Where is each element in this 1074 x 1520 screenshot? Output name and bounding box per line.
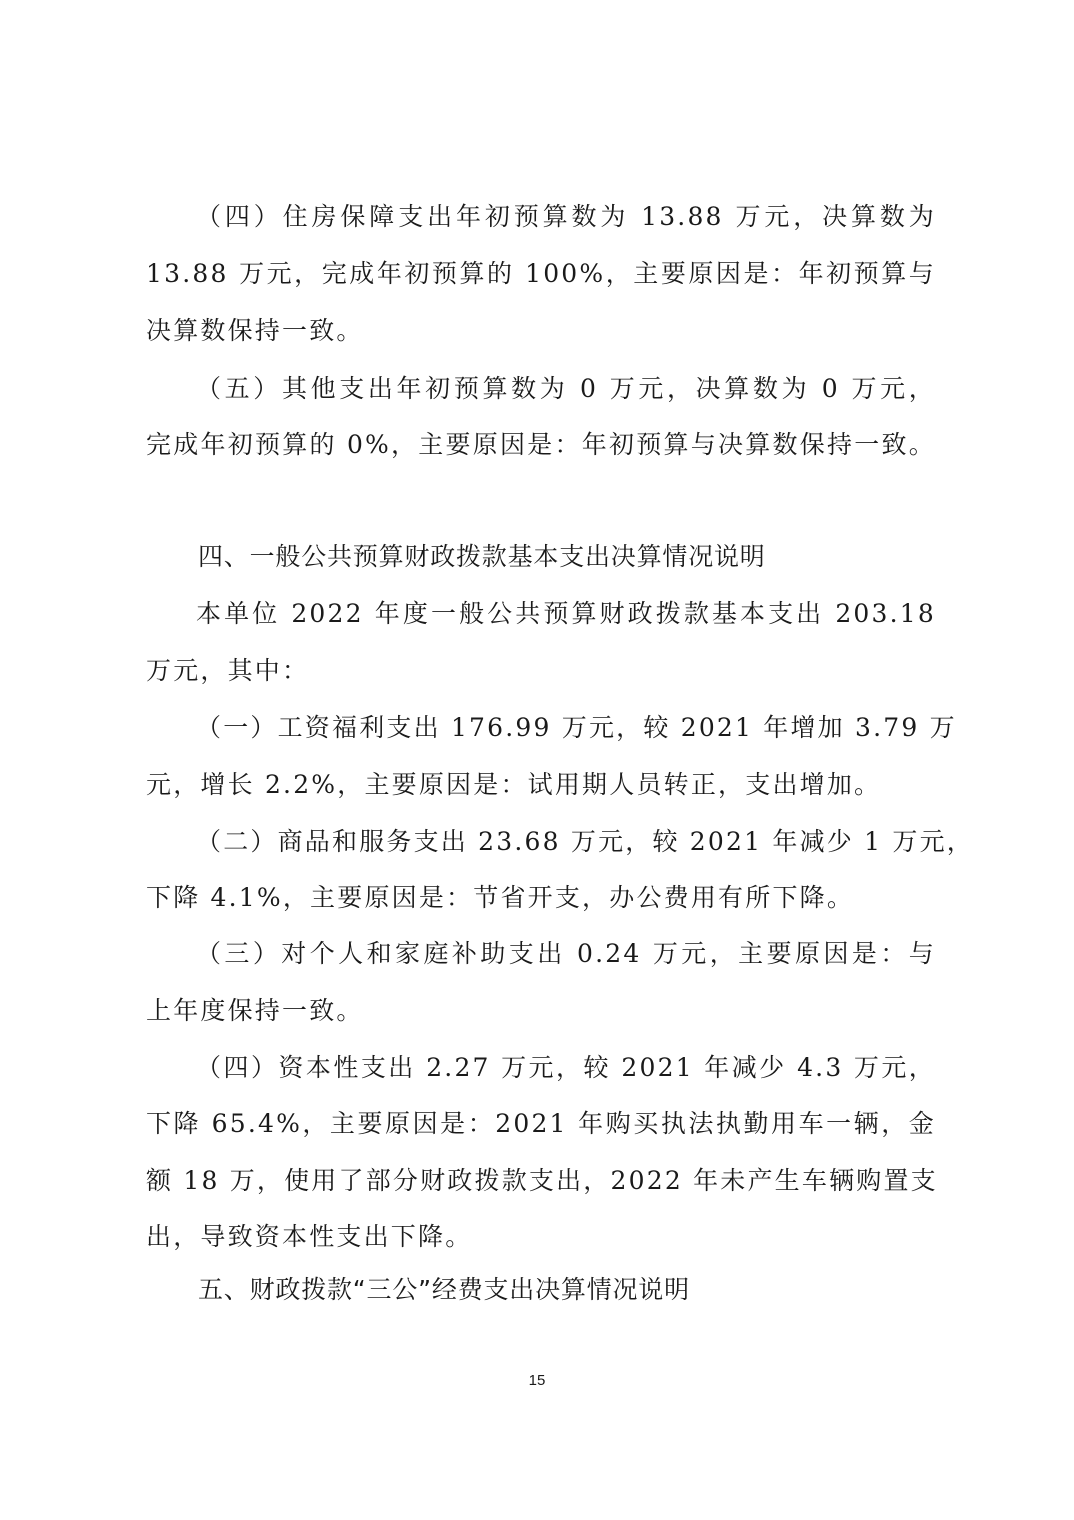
paragraph-line: 13.88 万元，完成年初预算的 100%，主要原因是：年初预算与 xyxy=(146,257,936,291)
paragraph-line: 完成年初预算的 0%，主要原因是：年初预算与决算数保持一致。 xyxy=(146,428,936,462)
paragraph-line: 本单位 2022 年度一般公共预算财政拨款基本支出 203.18 xyxy=(196,597,936,631)
paragraph-line: 下降 4.1%，主要原因是：节省开支，办公费用有所下降。 xyxy=(146,881,936,915)
section-heading: 五、财政拨款“三公”经费支出决算情况说明 xyxy=(198,1273,690,1307)
paragraph-line: （四）住房保障支出年初预算数为 13.88 万元，决算数为 xyxy=(196,200,936,234)
page-number: 15 xyxy=(0,1372,1074,1389)
paragraph-line: 决算数保持一致。 xyxy=(146,314,936,348)
section-heading: 四、一般公共预算财政拨款基本支出决算情况说明 xyxy=(198,540,766,574)
paragraph-line: （二）商品和服务支出 23.68 万元，较 2021 年减少 1 万元， xyxy=(196,825,936,859)
paragraph-line: （三）对个人和家庭补助支出 0.24 万元，主要原因是：与 xyxy=(196,937,936,971)
paragraph-line: 上年度保持一致。 xyxy=(146,994,936,1028)
paragraph-line: 额 18 万，使用了部分财政拨款支出，2022 年未产生车辆购置支 xyxy=(146,1164,936,1198)
paragraph-line: （五）其他支出年初预算数为 0 万元，决算数为 0 万元， xyxy=(196,372,936,406)
paragraph-line: 下降 65.4%，主要原因是：2021 年购买执法执勤用车一辆，金 xyxy=(146,1107,936,1141)
paragraph-line: （四）资本性支出 2.27 万元，较 2021 年减少 4.3 万元， xyxy=(196,1051,936,1085)
paragraph-line: 元，增长 2.2%，主要原因是：试用期人员转正，支出增加。 xyxy=(146,768,936,802)
paragraph-line: 出，导致资本性支出下降。 xyxy=(146,1220,936,1254)
paragraph-line: 万元，其中： xyxy=(146,654,936,688)
paragraph-line: （一）工资福利支出 176.99 万元，较 2021 年增加 3.79 万 xyxy=(196,711,936,745)
